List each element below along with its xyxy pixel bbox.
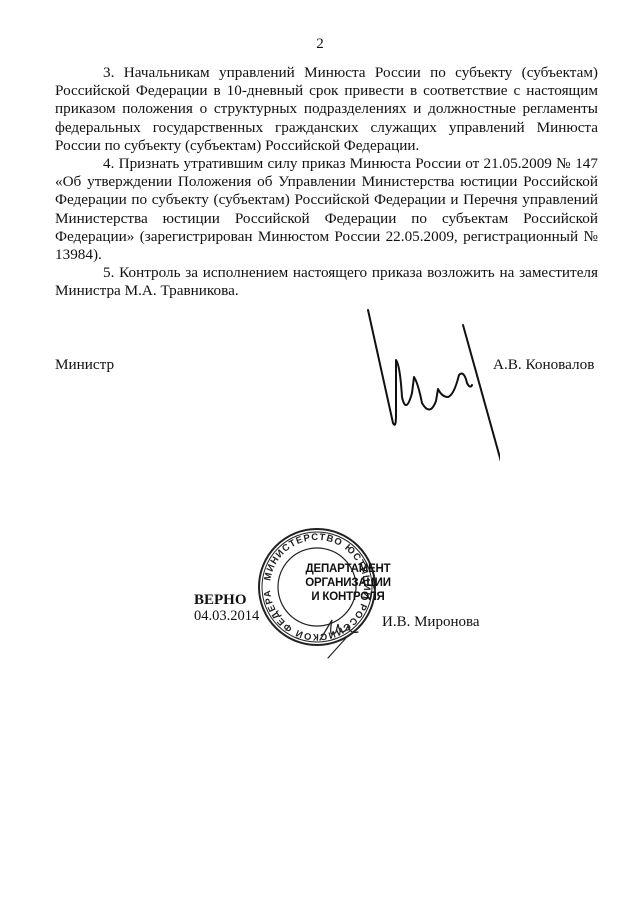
paragraph-5: 5. Контроль за исполнением настоящего пр… <box>55 264 598 300</box>
document-body: 3. Начальникам управлений Минюста России… <box>55 64 598 301</box>
page-number: 2 <box>0 36 640 53</box>
stamp-line-1: ДЕПАРТАМЕНТ <box>288 562 408 576</box>
certification-date: 04.03.2014 <box>194 608 259 625</box>
signer-role: Министр <box>55 356 114 374</box>
stamp-department: ДЕПАРТАМЕНТ ОРГАНИЗАЦИИ И КОНТРОЛЯ <box>288 562 408 604</box>
paragraph-4: 4. Признать утратившим силу приказ Минюс… <box>55 155 598 264</box>
signer-name: А.В. Коновалов <box>493 356 594 374</box>
paragraph-3: 3. Начальникам управлений Минюста России… <box>55 64 598 155</box>
stamp-line-3: И КОНТРОЛЯ <box>288 590 408 604</box>
stamp-line-2: ОРГАНИЗАЦИИ <box>288 576 408 590</box>
stamp-signature-icon <box>318 610 378 660</box>
handwritten-signature-icon <box>360 305 500 485</box>
certification-label: ВЕРНО <box>194 592 247 609</box>
certifier-name: И.В. Миронова <box>382 614 480 631</box>
